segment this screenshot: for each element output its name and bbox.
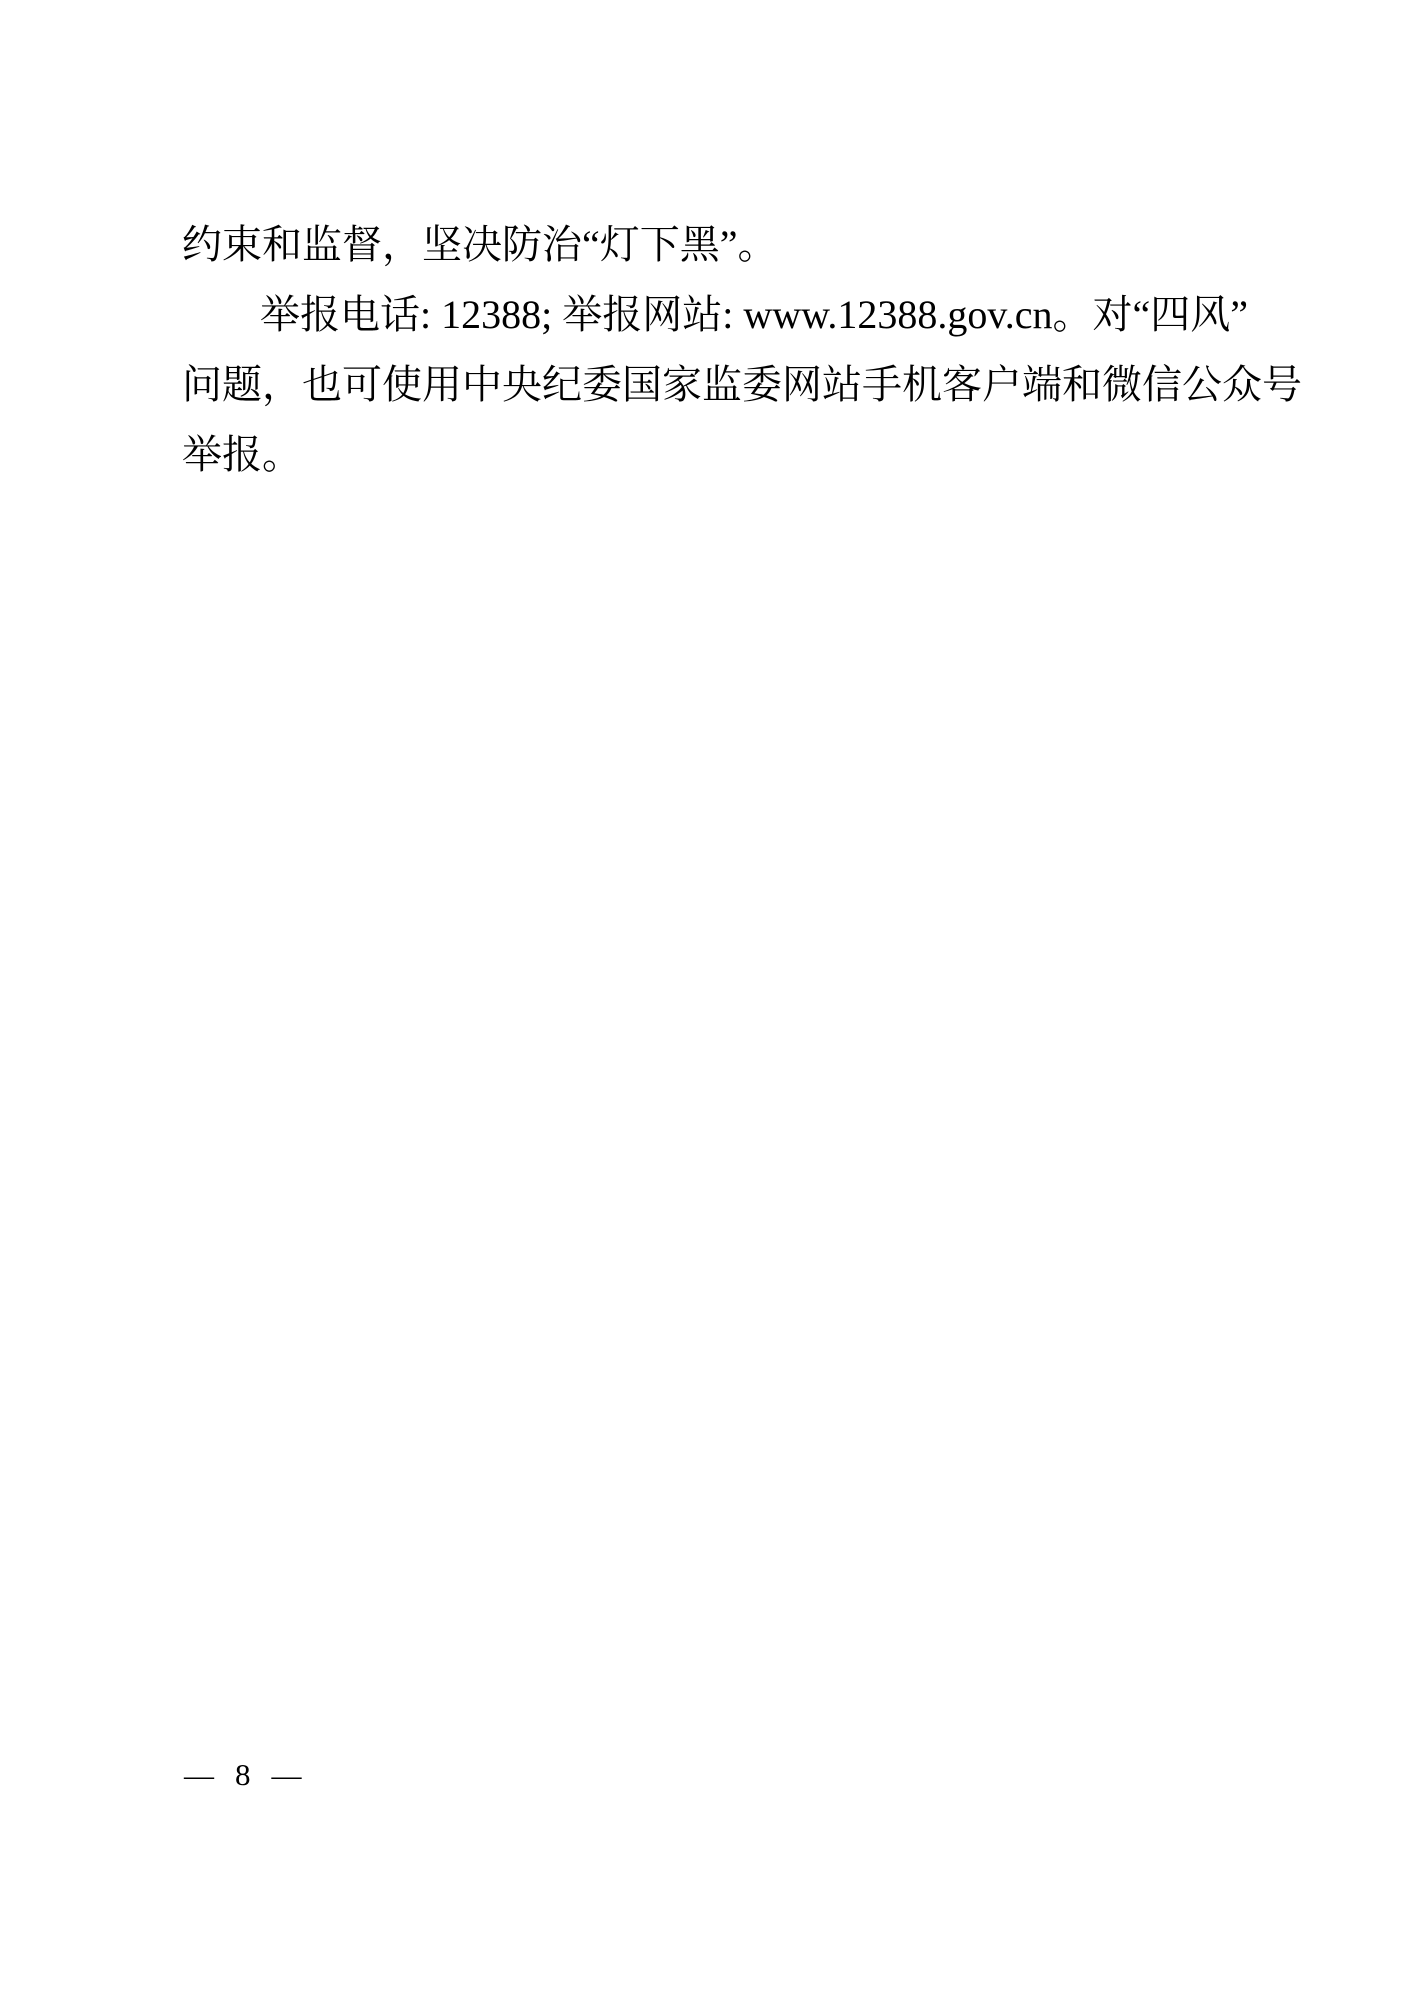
body-line-1: 约束和监督，坚决防治“灯下黑”。 <box>182 210 1240 280</box>
footer-dash-left: — <box>184 1761 214 1791</box>
body-line-2: 举报电话: 12388; 举报网站: www.12388.gov.cn。对“四风… <box>182 280 1240 350</box>
body-line-4: 举报。 <box>182 420 1240 490</box>
document-body-text: 约束和监督，坚决防治“灯下黑”。 举报电话: 12388; 举报网站: www.… <box>182 210 1240 490</box>
page-number: 8 <box>235 1760 251 1790</box>
page-footer: — 8 — <box>184 1760 302 1790</box>
document-page: 约束和监督，坚决防治“灯下黑”。 举报电话: 12388; 举报网站: www.… <box>0 0 1410 1995</box>
footer-dash-right: — <box>272 1761 302 1791</box>
body-line-3: 问题，也可使用中央纪委国家监委网站手机客户端和微信公众号 <box>182 350 1240 420</box>
